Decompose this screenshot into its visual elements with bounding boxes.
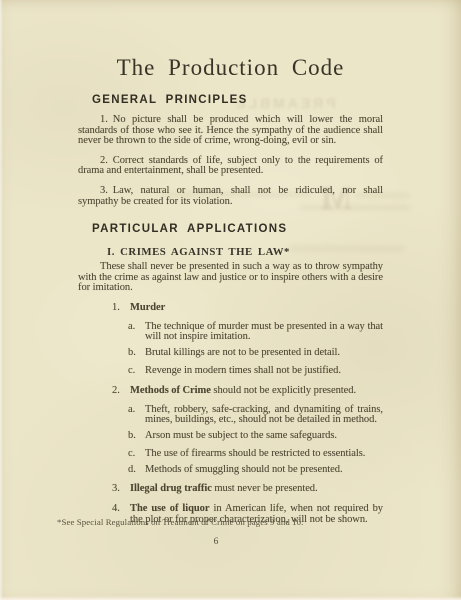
scanned-document-page: PREAMBLE M The Production Code GENERAL P… [0,0,461,600]
list-item-illegal-drug-traffic: 3.Illegal drug traffic must never be pre… [78,484,383,495]
general-principle-paragraph: 3.Law, natural or human, shall not be ri… [78,186,383,207]
sub-item-text: Brutal killings are not to be presented … [145,347,340,358]
item-number: 1. [112,303,120,314]
sub-item-text: Revenge in modern times shall not be jus… [145,365,341,376]
item-number: 4. [112,504,120,515]
sub-item-letter: b. [128,348,136,359]
sub-list-item: a.Theft, robbery, safe-cracking, and dyn… [78,405,383,426]
page-title: The Production Code [78,54,383,81]
general-principle-paragraph: 1.No picture shall be produced which wil… [78,115,383,147]
sub-item-text: Theft, robbery, safe-cracking, and dynam… [145,404,383,426]
general-principle-paragraph: 2.Correct standards of life, subject onl… [78,156,383,177]
paragraph-text: No picture shall be produced which will … [78,114,383,146]
text-block: The Production Code GENERAL PRINCIPLES 1… [78,0,383,525]
footnote: *See Special Regulations on Treatment of… [57,517,303,527]
list-item-murder: 1.Murder [78,303,383,314]
sub-list-item: d.Methods of smuggling should not be pre… [78,465,383,476]
sub-list-item: a.The technique of murder must be presen… [78,322,383,343]
paragraph-text: Law, natural or human, shall not be ridi… [78,185,383,207]
item-lead-text: Methods of Crime [130,385,211,396]
sub-item-text: Methods of smuggling should not be prese… [145,464,343,475]
section-heading-general-principles: GENERAL PRINCIPLES [92,94,383,107]
sub-item-letter: d. [128,465,136,476]
sub-item-text: The use of firearms should be restricted… [145,448,365,459]
sub-item-letter: a. [128,405,135,416]
subsection-heading-crimes-against-the-law: I. CRIMES AGAINST THE LAW* [107,246,383,258]
item-lead-text: Murder [130,302,165,313]
item-rest-text: must never be presented. [212,483,318,494]
item-lead-text: Illegal drug traffic [130,483,212,494]
item-number: 3. [112,484,120,495]
paragraph-text: Correct standards of life, subject only … [78,155,383,177]
item-rest-text: should not be explicitly presented. [211,385,356,396]
section-heading-particular-applications: PARTICULAR APPLICATIONS [92,223,383,236]
sub-list-item: b.Brutal killings are not to be presente… [78,348,383,359]
sub-item-letter: b. [128,431,136,442]
scan-edge-bottom [0,596,461,600]
scan-edge-left [0,0,3,600]
sub-item-text: The technique of murder must be presente… [145,321,383,343]
sub-list-item: b.Arson must be subject to the same safe… [78,431,383,442]
sub-item-letter: c. [128,366,135,377]
paragraph-number: 3. [100,185,108,196]
item-lead-text: The use of liquor [130,503,210,514]
paragraph-number: 1. [100,114,108,125]
page-number: 6 [0,537,432,547]
sub-item-letter: c. [128,449,135,460]
subsection-intro-paragraph: These shall never be presented in such a… [78,262,383,294]
paragraph-number: 2. [100,155,108,166]
sub-list-item: c.The use of firearms should be restrict… [78,449,383,460]
sub-list-item: c.Revenge in modern times shall not be j… [78,366,383,377]
sub-item-letter: a. [128,322,135,333]
sub-item-text: Arson must be subject to the same safegu… [145,430,337,441]
item-number: 2. [112,386,120,397]
list-item-methods-of-crime: 2.Methods of Crime should not be explici… [78,386,383,397]
